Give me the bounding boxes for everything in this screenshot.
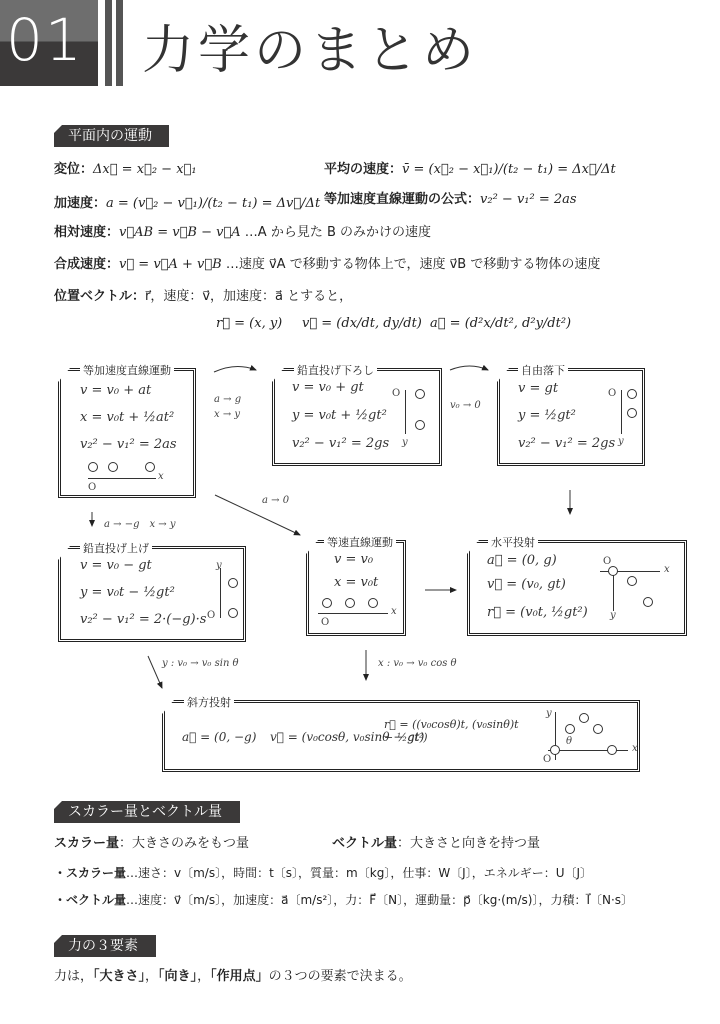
ball-icon [345, 598, 355, 608]
vector-definition: ベクトル量：大きさと向きを持つ量 [332, 832, 540, 851]
ball-icon [607, 745, 617, 755]
box-label: 等速直線運動 [324, 534, 396, 550]
ball-icon [643, 597, 653, 607]
scalar-examples: ・スカラー量…速さ：v〔m/s〕，時間：t〔s〕，質量：m〔kg〕，仕事：W〔J… [54, 864, 592, 881]
y-axis-arrow [220, 568, 221, 618]
ball-icon [228, 578, 238, 588]
text: ， [145, 969, 158, 984]
force-elements-text: 力は，「大きさ」，「向き」，「作用点」の３つの要素で決まる。 [54, 965, 412, 984]
section-heading-force-elements: 力の３要素 [54, 935, 156, 957]
description: …速さ：v〔m/s〕，時間：t〔s〕，質量：m〔kg〕，仕事：W〔J〕，エネルギ… [126, 866, 592, 880]
box-label: 鉛直投げ上げ [80, 540, 152, 556]
text: 力は， [54, 969, 93, 984]
description: ：大きさと向きを持つ量 [397, 836, 540, 851]
label: ベクトル量 [332, 836, 397, 851]
section-heading-scalar-vector: スカラー量とベクトル量 [54, 801, 240, 823]
scalar-definition: スカラー量：大きさのみをもつ量 [54, 832, 249, 851]
vector-examples: ・ベクトル量…速度：v⃗〔m/s〕，加速度：a⃗〔m/s²〕，力：F⃗〔N〕，運… [54, 891, 633, 908]
text: の３つの要素で決まる。 [269, 969, 412, 984]
axis-label: y [216, 560, 222, 571]
equation: x = v₀t [334, 575, 378, 590]
equation: a⃗ = (0, g) [487, 553, 557, 568]
equation: v₂² − v₁² = 2·(−g)·s [80, 612, 206, 627]
axis-label: x [664, 564, 670, 575]
label: ・スカラー量 [54, 866, 126, 880]
element-point-of-action: 「作用点」 [210, 969, 269, 984]
x-axis-arrow [318, 613, 388, 614]
ball-icon [627, 576, 637, 586]
ball-icon [322, 598, 332, 608]
section-title: スカラー量とベクトル量 [68, 804, 222, 820]
angle-label: θ [566, 736, 572, 747]
origin-label: O [603, 556, 611, 567]
equation: y = v₀t − ½gt² [80, 585, 175, 600]
equation: a⃗ = (0, −g) [182, 730, 256, 744]
equation: v = v₀ − gt [80, 558, 152, 573]
label: ・ベクトル量 [54, 893, 126, 907]
axis-label: x [391, 606, 397, 617]
y-axis-arrow [613, 571, 614, 611]
element-magnitude: 「大きさ」 [93, 969, 145, 984]
equation: v⃗ = (v₀, gt) [487, 577, 566, 592]
description: …速度：v⃗〔m/s〕，加速度：a⃗〔m/s²〕，力：F⃗〔N〕，運動量：p⃗〔… [126, 893, 633, 907]
ball-icon [228, 608, 238, 618]
equation: r⃗ = (v₀t, ½gt²) [487, 605, 588, 620]
origin-label: O [543, 754, 551, 765]
ball-icon [565, 724, 575, 734]
equation: v = v₀ [334, 552, 373, 567]
label: スカラー量 [54, 836, 119, 851]
axis-label: x [632, 743, 638, 754]
ball-icon [550, 745, 560, 755]
ball-icon [579, 713, 589, 723]
ball-icon [608, 566, 618, 576]
axis-label: y [546, 708, 552, 719]
section-title: 力の３要素 [68, 938, 138, 954]
box-label: 水平投射 [488, 534, 538, 550]
equation: r⃗ = ((v₀cosθ)t, (v₀sinθ)t − ½gt²) [384, 718, 524, 744]
box-label: 斜方投射 [184, 694, 234, 710]
description: ：大きさのみをもつ量 [119, 836, 249, 851]
ball-icon [368, 598, 378, 608]
axis-label: y [610, 610, 616, 621]
origin-label: O [321, 617, 329, 628]
element-direction: 「向き」 [158, 969, 197, 984]
text: ， [197, 969, 210, 984]
ball-icon [593, 724, 603, 734]
origin-label: O [207, 610, 215, 621]
